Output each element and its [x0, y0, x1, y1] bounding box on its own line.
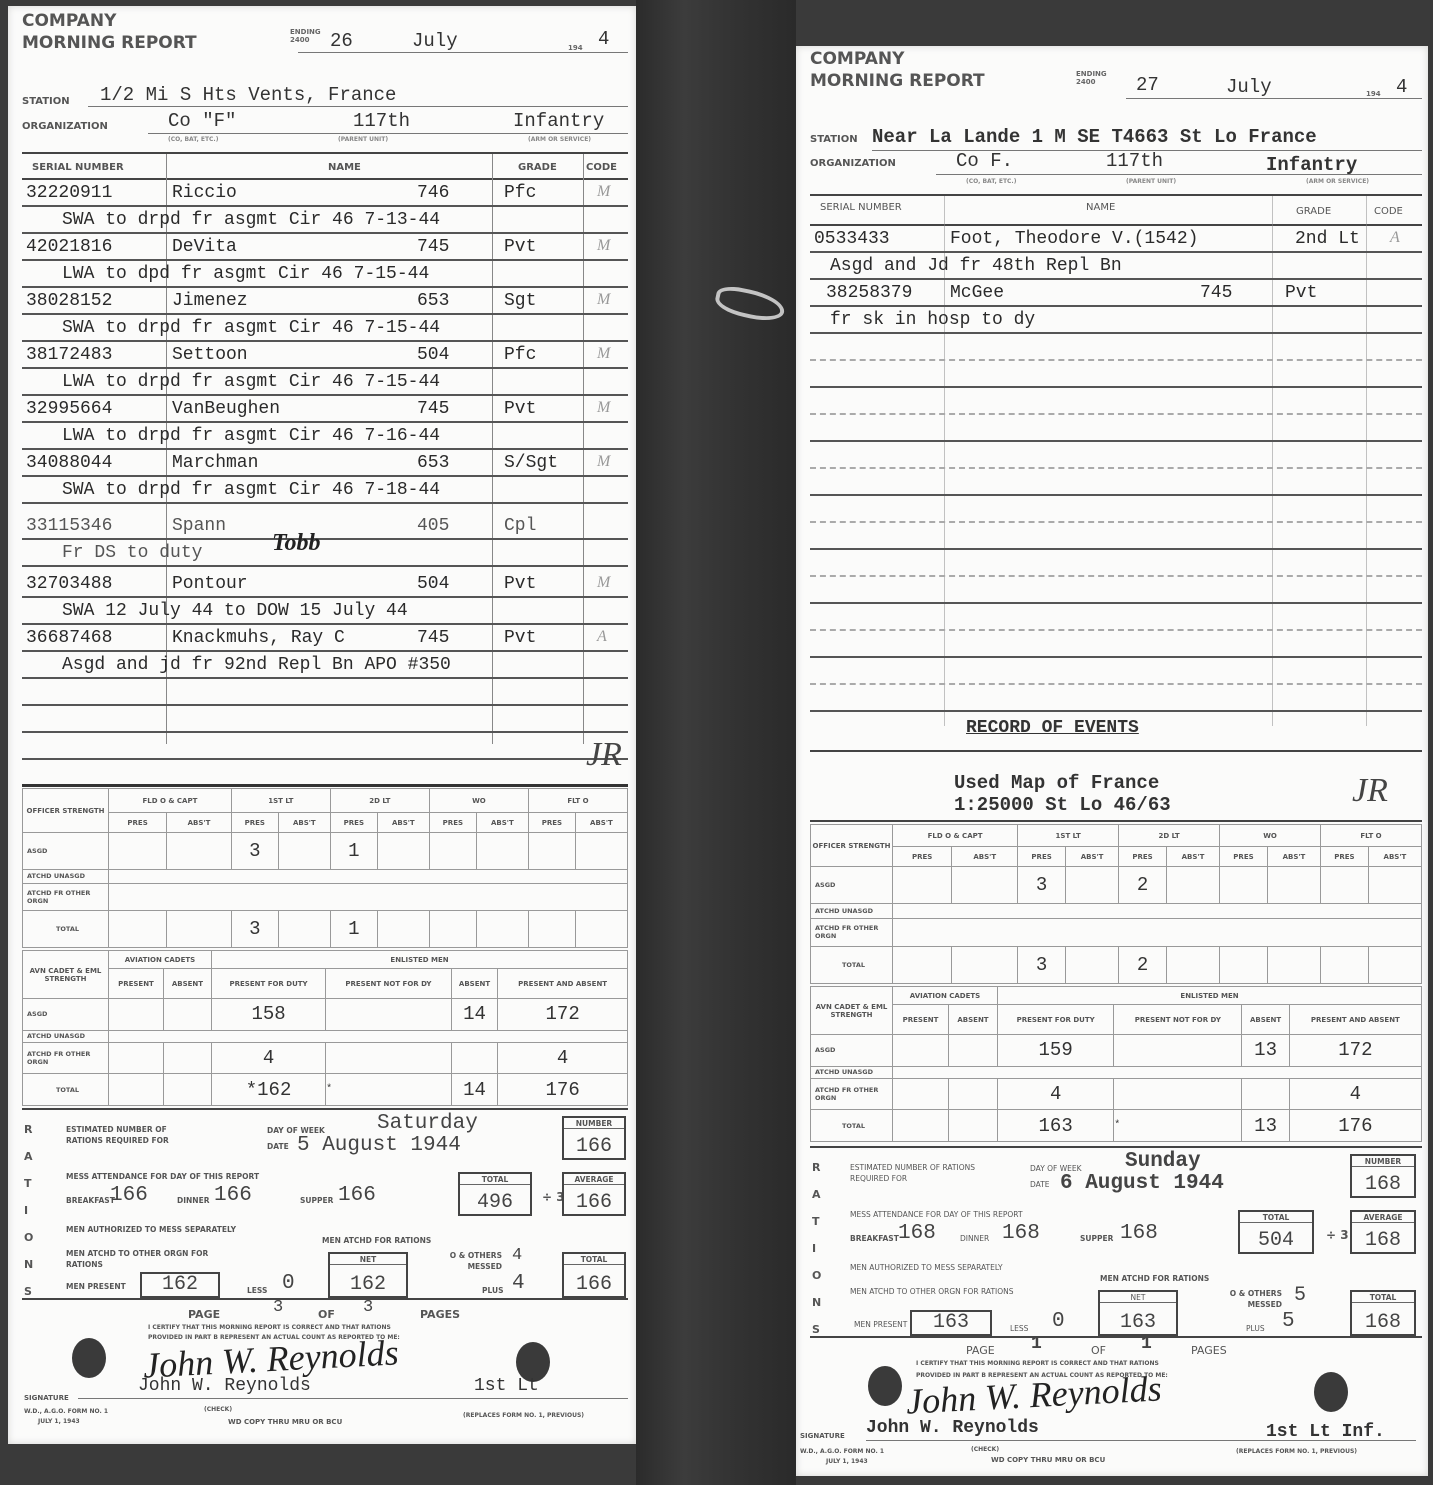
total-label: TOTAL	[460, 1175, 530, 1185]
plus-label: PLUS	[1246, 1324, 1265, 1333]
name: Marchman	[172, 453, 258, 473]
row-label: TOTAL	[23, 911, 109, 948]
cell	[948, 1110, 997, 1142]
cell	[109, 869, 628, 883]
initials: JR	[586, 736, 622, 774]
initials: JR	[1352, 772, 1388, 810]
spec: 504	[417, 574, 449, 594]
typed-name: John W. Reynolds	[866, 1418, 1039, 1438]
plus-label: PLUS	[482, 1286, 504, 1295]
note: fr sk in hosp to dy	[830, 310, 1035, 330]
letter: R	[24, 1116, 33, 1143]
cell	[948, 1035, 997, 1067]
note: LWA to drpd fr asgmt Cir 46 7-15-44	[62, 372, 440, 392]
note: Asgd and jd fr 92nd Repl Bn APO #350	[62, 655, 451, 675]
station-label: STATION	[810, 134, 858, 145]
spec: 746	[417, 183, 449, 203]
mess-total-box: TOTAL496	[458, 1172, 532, 1216]
grade: Pvt	[1285, 283, 1317, 303]
date-label: DATE	[1030, 1180, 1050, 1189]
rations-section: RATIONS ESTIMATED NUMBER OF RATIONS REQU…	[22, 1108, 628, 1300]
name: Riccio	[172, 183, 237, 203]
name: McGee	[950, 283, 1004, 303]
row-label: ASGD	[811, 1035, 893, 1067]
note: Fr DS to duty	[62, 543, 202, 563]
year-prefix: 194	[1366, 90, 1381, 98]
sub-header: ABS'T	[1267, 847, 1320, 867]
grand-total-box: TOTAL166	[562, 1252, 626, 1298]
record-of-events-title: RECORD OF EVENTS	[966, 718, 1139, 738]
cell	[476, 911, 528, 948]
net-value: 162	[330, 1273, 406, 1296]
cell: 159	[998, 1035, 1114, 1067]
cell	[1114, 1035, 1242, 1067]
cell	[1321, 867, 1369, 904]
col-grade-header: GRADE	[518, 162, 557, 173]
group-header: 2D LT	[1119, 825, 1220, 847]
org-underline	[148, 133, 628, 134]
cell	[1220, 946, 1268, 983]
col-header: PRESENT	[109, 969, 164, 999]
enlisted-men-header: ENLISTED MEN	[998, 987, 1422, 1005]
cell: 14	[451, 999, 497, 1031]
blank-row	[810, 469, 1422, 496]
name: Jimenez	[172, 291, 248, 311]
letter: N	[24, 1251, 33, 1278]
spec: 653	[417, 453, 449, 473]
form-title-line1: COMPANY	[22, 10, 197, 32]
letter: T	[24, 1170, 33, 1197]
col-header: PRESENT AND ABSENT	[1289, 1005, 1421, 1035]
cell	[1066, 946, 1119, 983]
cell: 3	[231, 911, 278, 948]
serial: 0533433	[814, 229, 890, 249]
grand-total-label: TOTAL	[564, 1255, 624, 1265]
mess-attendance-label: MESS ATTENDANCE FOR DAY OF THIS REPORT	[66, 1172, 259, 1181]
sub-header: ABS'T	[278, 813, 330, 833]
entry-note-struck: Fr DS to dutyTobb	[22, 540, 628, 567]
net-box: NET163	[1098, 1290, 1178, 1336]
enlisted-strength-table: AVN CADET & EML STRENGTHAVIATION CADETSE…	[810, 986, 1422, 1142]
organization-label: ORGANIZATION	[22, 121, 108, 132]
cell	[167, 833, 232, 870]
note: SWA to drpd fr asgmt Cir 46 7-13-44	[62, 210, 440, 230]
number-value: 166	[564, 1135, 624, 1158]
code: A	[1390, 229, 1400, 247]
group-header: 1ST LT	[231, 789, 330, 813]
cell: 4	[998, 1078, 1114, 1110]
men-present-value: 163	[912, 1311, 990, 1334]
sub-header: PRES	[1220, 847, 1268, 867]
enlisted-strength-table: AVN CADET & EML STRENGTHAVIATION CADETSE…	[22, 950, 628, 1106]
supper-value: 168	[1120, 1222, 1158, 1245]
code: M	[597, 399, 610, 417]
code: M	[597, 183, 610, 201]
handwritten-correction: Tobb	[272, 530, 320, 557]
others-messed-label: O & OTHERS MESSED	[432, 1250, 502, 1272]
code: M	[597, 237, 610, 255]
entry-row: 34088044Marchman653S/SgtM	[22, 450, 628, 477]
cell	[476, 833, 528, 870]
grade: 2nd Lt	[1295, 229, 1360, 249]
name: Settoon	[172, 345, 248, 365]
morning-report-right: COMPANY MORNING REPORT ENDING 2400 27 Ju…	[796, 46, 1428, 1476]
group-header: FLT O	[528, 789, 627, 813]
day-of-week-value: Sunday	[1125, 1150, 1201, 1173]
row-label: ATCHD UNASGD	[23, 869, 109, 883]
signature-label: SIGNATURE	[800, 1432, 845, 1440]
cell	[451, 1042, 497, 1074]
header-rule	[22, 152, 628, 154]
row-label: ATCHD FR OTHER ORGN	[811, 919, 893, 947]
date-underline	[1126, 98, 1422, 99]
page-label: PAGE	[188, 1308, 220, 1321]
cell	[948, 1078, 997, 1110]
row-label: ATCHD FR OTHER ORGN	[811, 1078, 893, 1110]
average-label: AVERAGE	[1352, 1213, 1414, 1223]
entry-note: LWA to drpd fr asgmt Cir 46 7-15-44	[22, 369, 628, 396]
cell	[109, 833, 167, 870]
supper-label: SUPPER	[1080, 1234, 1113, 1243]
cell: 176	[1289, 1110, 1421, 1142]
entry-row: 32703488Pontour504PvtM	[22, 571, 628, 598]
mess-separately-label: MEN AUTHORIZED TO MESS SEPARATELY	[850, 1262, 1040, 1273]
cell: *	[326, 1074, 452, 1106]
spec: 745	[1200, 283, 1232, 303]
cell	[278, 833, 330, 870]
entry-note: LWA to dpd fr asgmt Cir 46 7-15-44	[22, 261, 628, 288]
org-underline	[936, 174, 1422, 175]
row-label: TOTAL	[23, 1074, 109, 1106]
col-header: ABSENT	[451, 969, 497, 999]
divide-sign: ÷ 3	[1326, 1228, 1349, 1242]
sub-header: PRES	[1321, 847, 1369, 867]
note: SWA to drpd fr asgmt Cir 46 7-15-44	[62, 318, 440, 338]
cell	[893, 904, 1422, 919]
binding-gutter	[636, 0, 796, 1485]
officer-strength-table: OFFICER STRENGTHFLD O & CAPT1ST LT2D LTW…	[22, 788, 628, 948]
sub-header: ABS'T	[1368, 847, 1421, 867]
blank-row	[22, 706, 628, 733]
code: M	[597, 291, 610, 309]
cell	[1114, 1078, 1242, 1110]
entry-note: SWA to drpd fr asgmt Cir 46 7-13-44	[22, 207, 628, 234]
sub-header: PRES	[330, 813, 377, 833]
sub-header: PRES	[893, 847, 952, 867]
seal-mark	[72, 1338, 106, 1378]
ending-label: ENDING 2400	[1076, 70, 1108, 86]
sub-label-unit: (CO, BAT, ETC.)	[966, 178, 1016, 185]
net-box: NET162	[328, 1252, 408, 1298]
cell	[575, 911, 627, 948]
cell: 3	[1018, 867, 1066, 904]
cell	[952, 946, 1018, 983]
blank-row	[810, 496, 1422, 523]
rations-section: RATIONS ESTIMATED NUMBER OF RATIONS REQU…	[810, 1146, 1422, 1338]
grade: Pvt	[504, 574, 536, 594]
page-count: 3	[363, 1298, 373, 1317]
letter: S	[24, 1278, 33, 1305]
rations-side-label: RATIONS	[24, 1116, 33, 1305]
cell	[109, 911, 167, 948]
cell	[1368, 867, 1421, 904]
row-label: ASGD	[23, 999, 109, 1031]
entry-note: LWA to drpd fr asgmt Cir 46 7-16-44	[22, 423, 628, 450]
enlisted-strength-label: AVN CADET & EML STRENGTH	[811, 987, 893, 1035]
letter: A	[812, 1181, 821, 1208]
entry-row: 42021816DeVita745PvtM	[22, 234, 628, 261]
cell: 1	[330, 911, 377, 948]
row-label: ATCHD FR OTHER ORGN	[23, 884, 109, 911]
spec: 504	[417, 345, 449, 365]
cell: 172	[1289, 1035, 1421, 1067]
entry-row: 36687468Knackmuhs, Ray C745PvtA	[22, 625, 628, 652]
serial: 36687468	[26, 628, 112, 648]
men-present-label: MEN PRESENT	[66, 1282, 126, 1291]
total-value: 504	[1240, 1229, 1312, 1252]
form-date: JULY 1, 1943	[826, 1458, 868, 1465]
of-label: OF	[1091, 1344, 1106, 1357]
row-label: ATCHD UNASGD	[811, 904, 893, 919]
year-suffix: 4	[1396, 76, 1407, 98]
cell	[326, 1042, 452, 1074]
cell	[893, 1078, 949, 1110]
header-rule	[810, 194, 1422, 196]
events-rule	[810, 750, 1422, 752]
net-label: NET	[330, 1255, 406, 1265]
less-value: 0	[282, 1272, 295, 1295]
grade: Pfc	[504, 183, 536, 203]
plus-value: 4	[512, 1272, 525, 1295]
entry-note: SWA 12 July 44 to DOW 15 July 44	[22, 598, 628, 625]
cell	[326, 999, 452, 1031]
sub-header: ABS'T	[952, 847, 1018, 867]
spec: 405	[417, 516, 449, 536]
form-title: COMPANY MORNING REPORT	[810, 48, 985, 92]
org-parent: 117th	[353, 110, 410, 132]
cell: *	[1114, 1110, 1242, 1142]
page-number: 3	[273, 1298, 283, 1317]
total-label: TOTAL	[1240, 1213, 1312, 1223]
seal-mark	[1314, 1372, 1348, 1412]
sub-header: PRES	[429, 813, 476, 833]
plus-value: 5	[1282, 1310, 1295, 1333]
date-underline	[298, 52, 628, 53]
event-line: 1:25000 St Lo 46/63	[954, 794, 1171, 816]
cell	[1267, 867, 1320, 904]
letter: T	[812, 1208, 821, 1235]
typed-name: John W. Reynolds	[138, 1376, 311, 1396]
col-serial-header: SERIAL NUMBER	[32, 162, 124, 173]
sub-header: ABS'T	[1166, 847, 1219, 867]
men-present-box: 162	[140, 1272, 220, 1298]
sub-header: ABS'T	[476, 813, 528, 833]
name: Pontour	[172, 574, 248, 594]
enlisted-men-header: ENLISTED MEN	[212, 951, 628, 969]
net-value: 163	[1100, 1311, 1176, 1334]
number-label: NUMBER	[1352, 1157, 1414, 1167]
code: M	[597, 453, 610, 471]
spec: 745	[417, 399, 449, 419]
cell: 2	[1119, 867, 1167, 904]
signature-label: SIGNATURE	[24, 1394, 69, 1402]
cell: 163	[998, 1110, 1114, 1142]
blank-row	[22, 679, 628, 706]
spec: 745	[417, 628, 449, 648]
cell	[278, 911, 330, 948]
blank-row	[810, 361, 1422, 388]
page-count: 1	[1141, 1334, 1152, 1354]
routing: WD COPY THRU MRU OR BCU	[991, 1456, 1105, 1464]
cell	[952, 867, 1018, 904]
row-label: ATCHD UNASGD	[811, 1066, 893, 1078]
est-rations-label: ESTIMATED NUMBER OF RATIONS REQUIRED FOR	[66, 1124, 186, 1146]
cell	[1166, 867, 1219, 904]
note: LWA to dpd fr asgmt Cir 46 7-15-44	[62, 264, 429, 284]
cell: 1	[330, 833, 377, 870]
form-title-line2: MORNING REPORT	[22, 32, 197, 54]
col-code-header: CODE	[586, 162, 617, 173]
routing-label: (CHECK)	[204, 1406, 232, 1413]
col-header: PRESENT	[893, 1005, 949, 1035]
row-label: ASGD	[23, 833, 109, 870]
group-header: WO	[429, 789, 528, 813]
net-label: NET	[1100, 1293, 1176, 1303]
breakfast-value: 168	[898, 1222, 936, 1245]
date-label: DATE	[267, 1142, 289, 1151]
report-month: July	[1226, 76, 1272, 98]
cell	[377, 833, 429, 870]
cell	[1220, 867, 1268, 904]
cell: 4	[1289, 1078, 1421, 1110]
year-prefix: 194	[568, 44, 583, 52]
cell	[893, 1066, 1422, 1078]
cell: 13	[1242, 1035, 1289, 1067]
cell	[1267, 946, 1320, 983]
blank-row	[810, 658, 1422, 685]
cell	[163, 999, 211, 1031]
col-header: PRESENT FOR DUTY	[212, 969, 326, 999]
code: A	[597, 628, 607, 646]
breakfast-value: 166	[110, 1184, 148, 1207]
sub-label-parent: (PARENT UNIT)	[1126, 178, 1176, 185]
group-header: 1ST LT	[1018, 825, 1119, 847]
entry-note: SWA to drpd fr asgmt Cir 46 7-15-44	[22, 315, 628, 342]
cell	[109, 1030, 628, 1042]
report-month: July	[412, 30, 458, 52]
average-box: AVERAGE166	[562, 1172, 626, 1216]
col-code-header: CODE	[1374, 206, 1403, 217]
blank-row	[810, 631, 1422, 658]
letter: S	[812, 1316, 821, 1343]
cell	[429, 911, 476, 948]
station-underline	[88, 106, 628, 107]
grand-total-label: TOTAL	[1352, 1293, 1414, 1303]
letter: R	[812, 1154, 821, 1181]
officer-strength-table: OFFICER STRENGTHFLD O & CAPT1ST LT2D LTW…	[810, 824, 1422, 984]
routing: WD COPY THRU MRU OR BCU	[228, 1418, 342, 1426]
average-value: 168	[1352, 1229, 1414, 1252]
others-messed-label: O & OTHERS MESSED	[1210, 1288, 1282, 1310]
atchd-other-label: MEN ATCHD TO OTHER ORGN FOR RATIONS	[66, 1248, 246, 1270]
form-title: COMPANY MORNING REPORT	[22, 10, 197, 54]
ration-date-value: 5 August 1944	[297, 1134, 461, 1157]
letter: O	[812, 1262, 821, 1289]
sub-header: ABS'T	[167, 813, 232, 833]
cell	[1321, 946, 1369, 983]
average-label: AVERAGE	[564, 1175, 624, 1185]
sub-label-parent: (PARENT UNIT)	[338, 136, 388, 143]
enlisted-strength-label: AVN CADET & EML STRENGTH	[23, 951, 109, 999]
less-label: LESS	[1010, 1324, 1028, 1333]
cell: 2	[1119, 946, 1167, 983]
col-header: PRESENT FOR DUTY	[998, 1005, 1114, 1035]
morning-report-left: COMPANY MORNING REPORT ENDING 2400 26 Ju…	[8, 6, 636, 1444]
cell	[109, 999, 164, 1031]
sub-header: ABS'T	[575, 813, 627, 833]
seal-mark	[868, 1366, 902, 1406]
col-grade-header: GRADE	[1296, 206, 1331, 217]
group-header: 2D LT	[330, 789, 429, 813]
sub-label-arm: (ARM OR SERVICE)	[1306, 178, 1369, 185]
form-number: W.D., A.G.O. FORM NO. 1	[24, 1408, 108, 1415]
year-suffix: 4	[598, 28, 609, 50]
form-title-line2: MORNING REPORT	[810, 70, 985, 92]
col-header: PRESENT AND ABSENT	[498, 969, 628, 999]
men-present-label: MEN PRESENT	[854, 1320, 907, 1329]
routing-label: (CHECK)	[971, 1446, 999, 1453]
cell: 4	[498, 1042, 628, 1074]
code: M	[597, 574, 610, 592]
blank-row	[810, 685, 1422, 712]
mess-total-box: TOTAL504	[1238, 1210, 1314, 1254]
entry-row: 32995664VanBeughen745PvtM	[22, 396, 628, 423]
sub-header: PRES	[231, 813, 278, 833]
letter: O	[24, 1224, 33, 1251]
average-value: 166	[564, 1191, 624, 1214]
cell	[1166, 946, 1219, 983]
row-label: TOTAL	[811, 946, 893, 983]
col-header: ABSENT	[948, 1005, 997, 1035]
average-box: AVERAGE168	[1350, 1210, 1416, 1254]
blank-row	[22, 733, 628, 760]
serial: 42021816	[26, 237, 112, 257]
cell	[109, 1074, 164, 1106]
group-header: FLD O & CAPT	[109, 789, 232, 813]
group-header: FLT O	[1321, 825, 1422, 847]
grade: Pvt	[504, 237, 536, 257]
row-label: ATCHD FR OTHER ORGN	[23, 1042, 109, 1074]
blank-row	[810, 334, 1422, 361]
cell	[377, 911, 429, 948]
letter: I	[812, 1235, 821, 1262]
group-header: WO	[1220, 825, 1321, 847]
serial: 38258379	[826, 283, 912, 303]
name: VanBeughen	[172, 399, 280, 419]
group-header: FLD O & CAPT	[893, 825, 1018, 847]
report-day: 27	[1136, 74, 1159, 96]
less-label: LESS	[247, 1286, 267, 1295]
letter: I	[24, 1197, 33, 1224]
cell: *162	[212, 1074, 326, 1106]
code: M	[597, 345, 610, 363]
supper-label: SUPPER	[300, 1196, 333, 1205]
blank-row	[810, 577, 1422, 604]
signature-line	[78, 1398, 628, 1399]
cell: 3	[1018, 946, 1066, 983]
number-box: NUMBER168	[1350, 1154, 1416, 1198]
grand-total-value: 166	[564, 1273, 624, 1296]
